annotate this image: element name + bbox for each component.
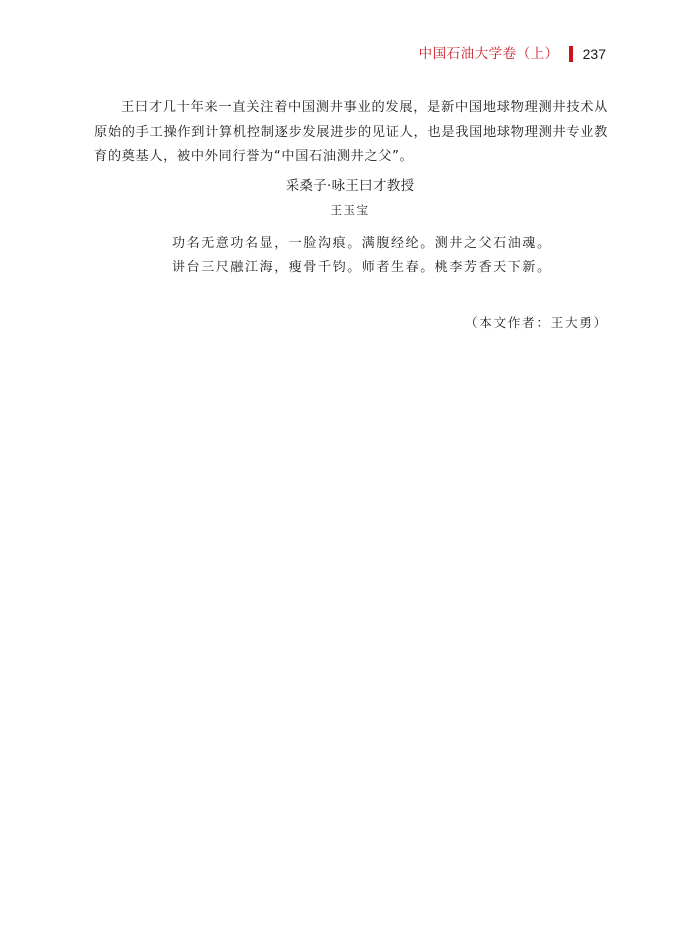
page-number: 237	[583, 44, 606, 64]
header-divider-bar	[569, 46, 573, 62]
book-title: 中国石油大学卷（上）	[419, 44, 559, 64]
body-paragraph: 王曰才几十年来一直关注着中国测井事业的发展，是新中国地球物理测井技术从原始的手工…	[94, 96, 608, 170]
poem-author: 王玉宝	[0, 202, 680, 218]
running-head: 中国石油大学卷（上） 237	[419, 44, 606, 64]
poem-line: 讲台三尺融江海，瘦骨千钧。师者生春。桃李芳香天下新。	[172, 256, 532, 280]
article-attribution: （本文作者：王大勇）	[465, 313, 608, 333]
poem-lines: 功名无意功名显，一脸沟痕。满腹经纶。测井之父石油魂。 讲台三尺融江海，瘦骨千钧。…	[172, 232, 532, 280]
poem-line: 功名无意功名显，一脸沟痕。满腹经纶。测井之父石油魂。	[172, 232, 532, 256]
poem-title: 采桑子·咏王曰才教授	[0, 176, 680, 196]
